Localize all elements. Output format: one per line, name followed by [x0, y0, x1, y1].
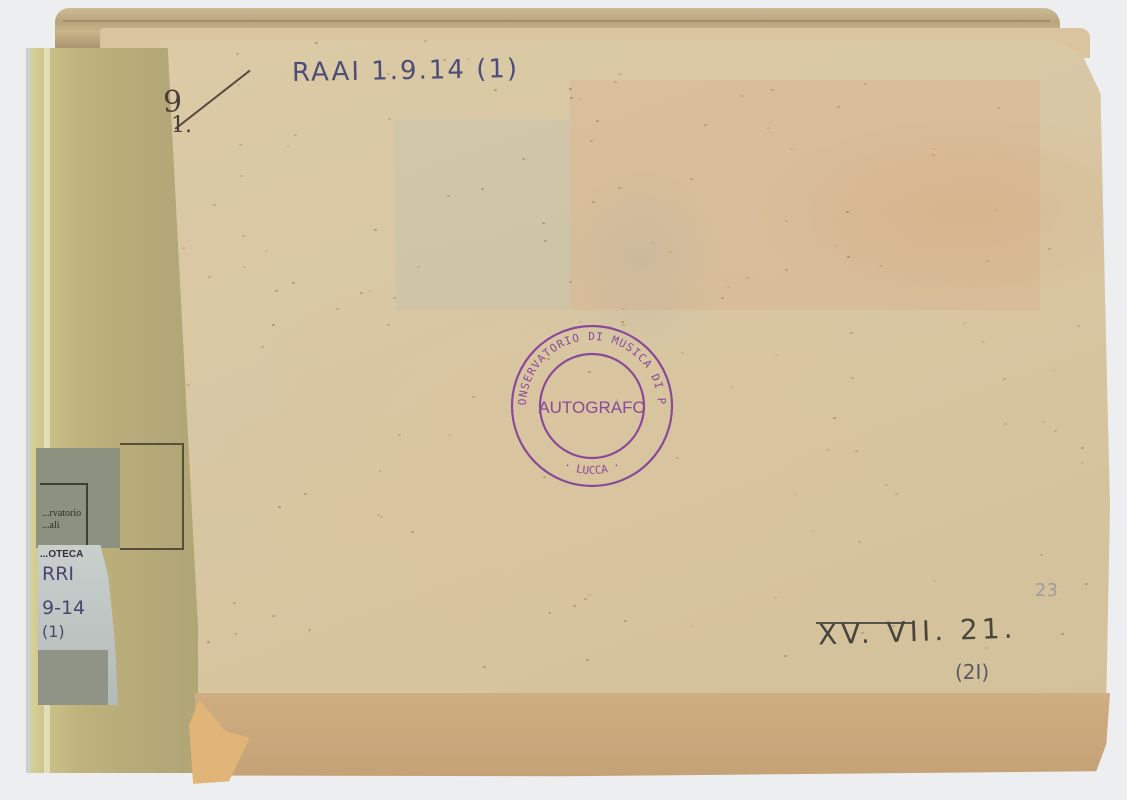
faded-stain-area: [570, 80, 1040, 310]
label-line-1: RRI: [42, 563, 74, 585]
shelfmark-handwritten: RAAI 1.9.14 (1): [292, 54, 520, 88]
library-label-shelfmark: ...OTECA RRI 9-14 (1): [38, 545, 118, 705]
bottom-tape: [195, 693, 1110, 778]
date-sub-note: (2I): [955, 660, 989, 684]
label-outline-mark: [120, 443, 184, 550]
label-line-3: (1): [42, 621, 65, 643]
svg-text:R. CONSERVATORIO DI MUSICA DI: R. CONSERVATORIO DI MUSICA DI PARMA: [508, 322, 668, 406]
faded-label-mark: [395, 120, 570, 310]
label-header: ...OTECA: [40, 549, 83, 560]
corner-note: 9 1.: [163, 85, 182, 120]
pencil-note: 23: [1035, 580, 1058, 601]
library-label-grey: ...rvatorio ...ali: [36, 448, 120, 548]
autografo-stamp: R. CONSERVATORIO DI MUSICA DI PARMA · LU…: [508, 322, 676, 490]
label-line-2: 9-14: [42, 597, 85, 619]
stamp-center-text: AUTOGRAFO: [538, 398, 645, 417]
svg-text:· LUCCA ·: · LUCCA ·: [562, 458, 622, 477]
label-grey-text: ...rvatorio ...ali: [42, 508, 81, 532]
label-grey-foot: [38, 650, 108, 705]
document-scan: ...rvatorio ...ali ...OTECA RRI 9-14 (1)…: [0, 0, 1127, 800]
date-note: XV. VII. 21.: [817, 612, 1017, 652]
